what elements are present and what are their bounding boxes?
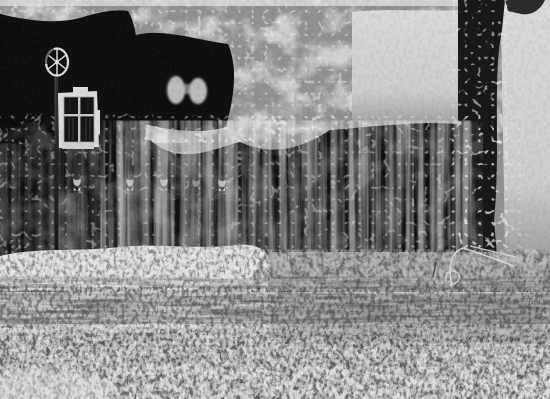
photo-svg bbox=[0, 0, 550, 399]
film-grain-dark bbox=[0, 0, 550, 399]
photo-canvas bbox=[0, 0, 550, 399]
